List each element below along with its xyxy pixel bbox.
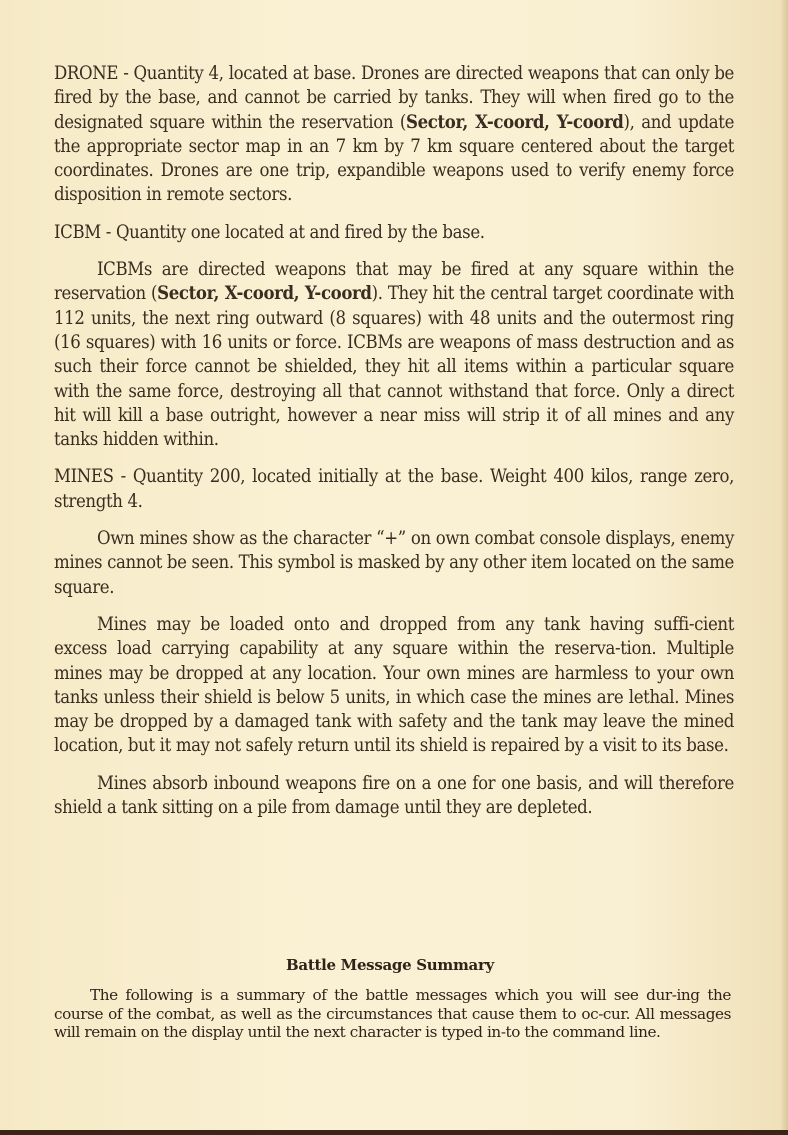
mines-absorb-paragraph: Mines absorb inbound weapons fire on a o…	[54, 772, 734, 821]
page-bottom-edge	[0, 1130, 788, 1135]
mines-loading-paragraph: Mines may be loaded onto and dropped fro…	[54, 613, 734, 759]
icbm-coords: Sector, X-coord, Y-coord	[157, 283, 372, 304]
mines-paragraph: MINES - Quantity 200, located initially …	[54, 465, 734, 514]
drone-coords: Sector, X-coord, Y-coord	[406, 112, 624, 133]
battle-summary-text: The following is a summary of the battle…	[54, 986, 731, 1042]
icbm-detail-b: ). They hit the central target coordinat…	[54, 283, 734, 450]
icbm-paragraph: ICBM - Quantity one located at and fired…	[54, 221, 734, 245]
battle-summary-title: Battle Message Summary	[0, 956, 780, 974]
weapons-section: DRONE - Quantity 4, located at base. Dro…	[54, 62, 734, 820]
icbm-detail-paragraph: ICBMs are directed weapons that may be f…	[54, 258, 734, 452]
drone-paragraph: DRONE - Quantity 4, located at base. Dro…	[54, 62, 734, 208]
mines-term: MINES	[54, 466, 114, 487]
page-edge-shadow	[780, 0, 788, 1135]
drone-term: DRONE	[54, 63, 118, 84]
mines-display-paragraph: Own mines show as the character “+” on o…	[54, 527, 734, 600]
icbm-text: - Quantity one located at and fired by t…	[101, 222, 485, 243]
icbm-term: ICBM	[54, 222, 101, 243]
mines-text: - Quantity 200, located initially at the…	[54, 466, 734, 511]
manual-page: DRONE - Quantity 4, located at base. Dro…	[0, 0, 788, 1135]
